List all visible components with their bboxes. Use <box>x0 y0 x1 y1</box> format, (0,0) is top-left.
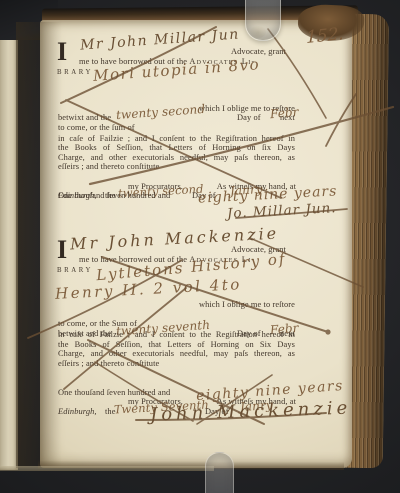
book-photo-stage: 152. I Mr John Millar Jun Advocate, gran… <box>0 0 400 493</box>
printed-line: which I oblige me to reſtore <box>183 300 295 310</box>
bottom-page-sliver <box>0 466 214 471</box>
printed-line: to come, or the ſum of <box>58 123 135 133</box>
return-day-handwritten: twenty second <box>116 105 206 121</box>
restraint-strap-top <box>245 0 281 41</box>
printed-line: to come, or the Sum of <box>58 319 137 329</box>
printed-line: brary <box>57 266 93 276</box>
printed-line: in caſe of Failzie ; and I conſent to th… <box>58 134 295 144</box>
printed-line: the Books of Seſſion, that Letters of Ho… <box>58 143 295 153</box>
printed-text: Edinburgh, <box>58 407 97 416</box>
printed-text: betwixt and the <box>58 113 111 122</box>
printed-line-betwixt: betwixt and the Day of next twenty secon… <box>58 113 300 123</box>
printed-text: Day of <box>237 113 261 123</box>
drop-cap: I <box>57 237 67 263</box>
return-month-handwritten: Febr <box>270 108 299 120</box>
printed-line: One thouſand ſeven hundred and <box>58 191 170 201</box>
printed-line: Charge, and other executorials needful, … <box>58 349 295 359</box>
printed-line: One thouſand ſeven hundred and <box>58 388 170 398</box>
printed-line: Charge, and other executorials needful, … <box>58 153 295 163</box>
printed-line: eſſeirs ; and thereto conſtitute <box>58 359 159 369</box>
printed-line: eſſeirs ; and thereto conſtitute <box>58 162 159 172</box>
gutter-shadow <box>16 22 62 468</box>
printed-line: brary <box>57 68 93 78</box>
folio-number: 152. <box>306 24 344 48</box>
printed-line: the Books of Seſſion, that Letters of Ho… <box>58 340 295 350</box>
drop-cap: I <box>57 39 67 65</box>
restraint-strap-bottom <box>205 452 234 493</box>
printed-line: in caſe of Failzie ; and I conſent to th… <box>58 330 295 340</box>
